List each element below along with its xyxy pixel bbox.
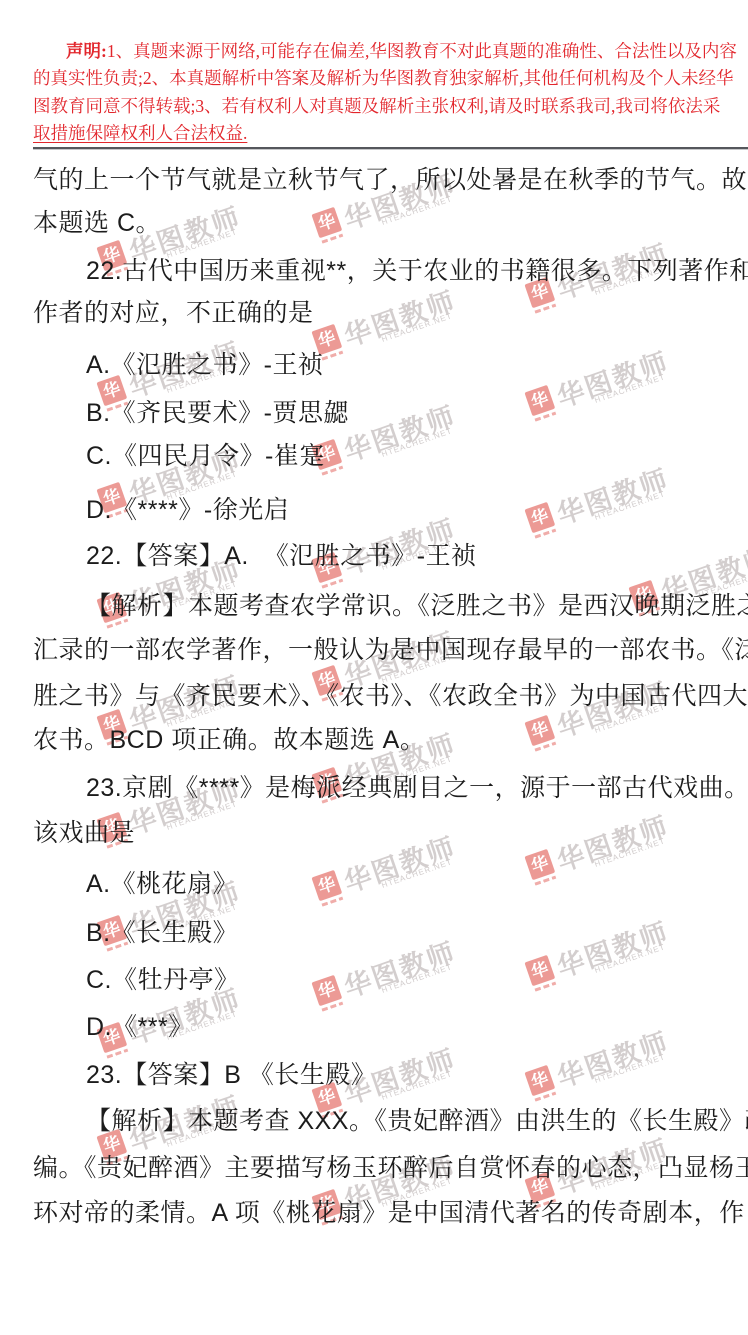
text-line: 胜之书》与《齐民要术》、《农书》、《农政全书》为中国古代四大 [33, 683, 748, 710]
disclaimer-block: 声明:1、真题来源于网络,可能存在偏差,华图教育不对此真题的准确性、合法性以及内… [33, 38, 745, 148]
text-line: D.《***》 [33, 1014, 194, 1041]
text-line: 【解析】本题考查农学常识。《泛胜之书》是西汉晚期泛胜之 [33, 593, 748, 620]
disclaimer-line: 取措施保障权利人合法权益. [33, 120, 745, 147]
text-line: 作者的对应，不正确的是 [33, 300, 314, 327]
disclaimer-text: 的真实性负责;2、本真题解析中答案及解析为华图教育独家解析,其他任何机构及个人未… [33, 68, 733, 88]
disclaimer-line: 图教育同意不得转载;3、若有权利人对真题及解析主张权利,请及时联系我司,我司将依… [33, 93, 745, 120]
text-line: C.《四民月令》-崔寔 [33, 443, 325, 470]
text-line: 汇录的一部农学著作，一般认为是中国现存最早的一部农书。《泛 [33, 637, 748, 664]
document-page: 华 华图教师 HTEACHER.NET 华 华图教师 HTEACHER.NET … [0, 0, 748, 1335]
disclaimer-line: 声明:1、真题来源于网络,可能存在偏差,华图教育不对此真题的准确性、合法性以及内… [33, 38, 745, 65]
header-divider [33, 147, 748, 150]
text-line: 23.【答案】B 《长生殿》 [33, 1062, 376, 1089]
text-line: 编。《贵妃醉酒》主要描写杨玉环醉后自赏怀春的心态，凸显杨玉 [33, 1155, 748, 1182]
text-line: 22.古代中国历来重视**，关于农业的书籍很多。下列著作和 [33, 258, 748, 285]
text-line: 该戏曲是 [33, 820, 135, 847]
text-line: 气的上一个节气就是立秋节气了，所以处暑是在秋季的节气。故 [33, 167, 747, 194]
text-line: 【解析】本题考查 XXX。《贵妃醉酒》由洪生的《长生殿》改 [33, 1108, 748, 1135]
text-line: B.《长生殿》 [33, 920, 238, 947]
text-line: A.《氾胜之书》-王祯 [33, 352, 323, 379]
text-line: 农书。BCD 项正确。故本题选 A。 [33, 727, 425, 754]
text-line: 22.【答案】A. 《氾胜之书》-王祯 [33, 543, 477, 570]
text-line: 23.京剧《****》是梅派经典剧目之一，源于一部古代戏曲。 [33, 775, 748, 802]
text-line: 环对帝的柔情。A 项《桃花扇》是中国清代著名的传奇剧本，作 [33, 1200, 745, 1227]
text-line: C.《牡丹亭》 [33, 967, 240, 994]
disclaimer-text: 图教育同意不得转载;3、若有权利人对真题及解析主张权利,请及时联系我司,我司将依… [33, 96, 720, 116]
text-line: 本题选 C。 [33, 210, 161, 237]
disclaimer-text: 取措施保障权利人合法权益. [33, 123, 247, 143]
document-body: 气的上一个节气就是立秋节气了，所以处暑是在秋季的节气。故本题选 C。22.古代中… [0, 0, 748, 1335]
disclaimer-text: 1、真题来源于网络,可能存在偏差,华图教育不对此真题的准确性、合法性以及内容 [107, 41, 737, 61]
text-line: B.《齐民要术》-贾思勰 [33, 400, 349, 427]
disclaimer-line: 的真实性负责;2、本真题解析中答案及解析为华图教育独家解析,其他任何机构及个人未… [33, 65, 745, 92]
text-line: A.《桃花扇》 [33, 871, 238, 898]
text-line: D.《****》-徐光启 [33, 497, 289, 524]
disclaimer-label: 声明: [33, 41, 107, 61]
